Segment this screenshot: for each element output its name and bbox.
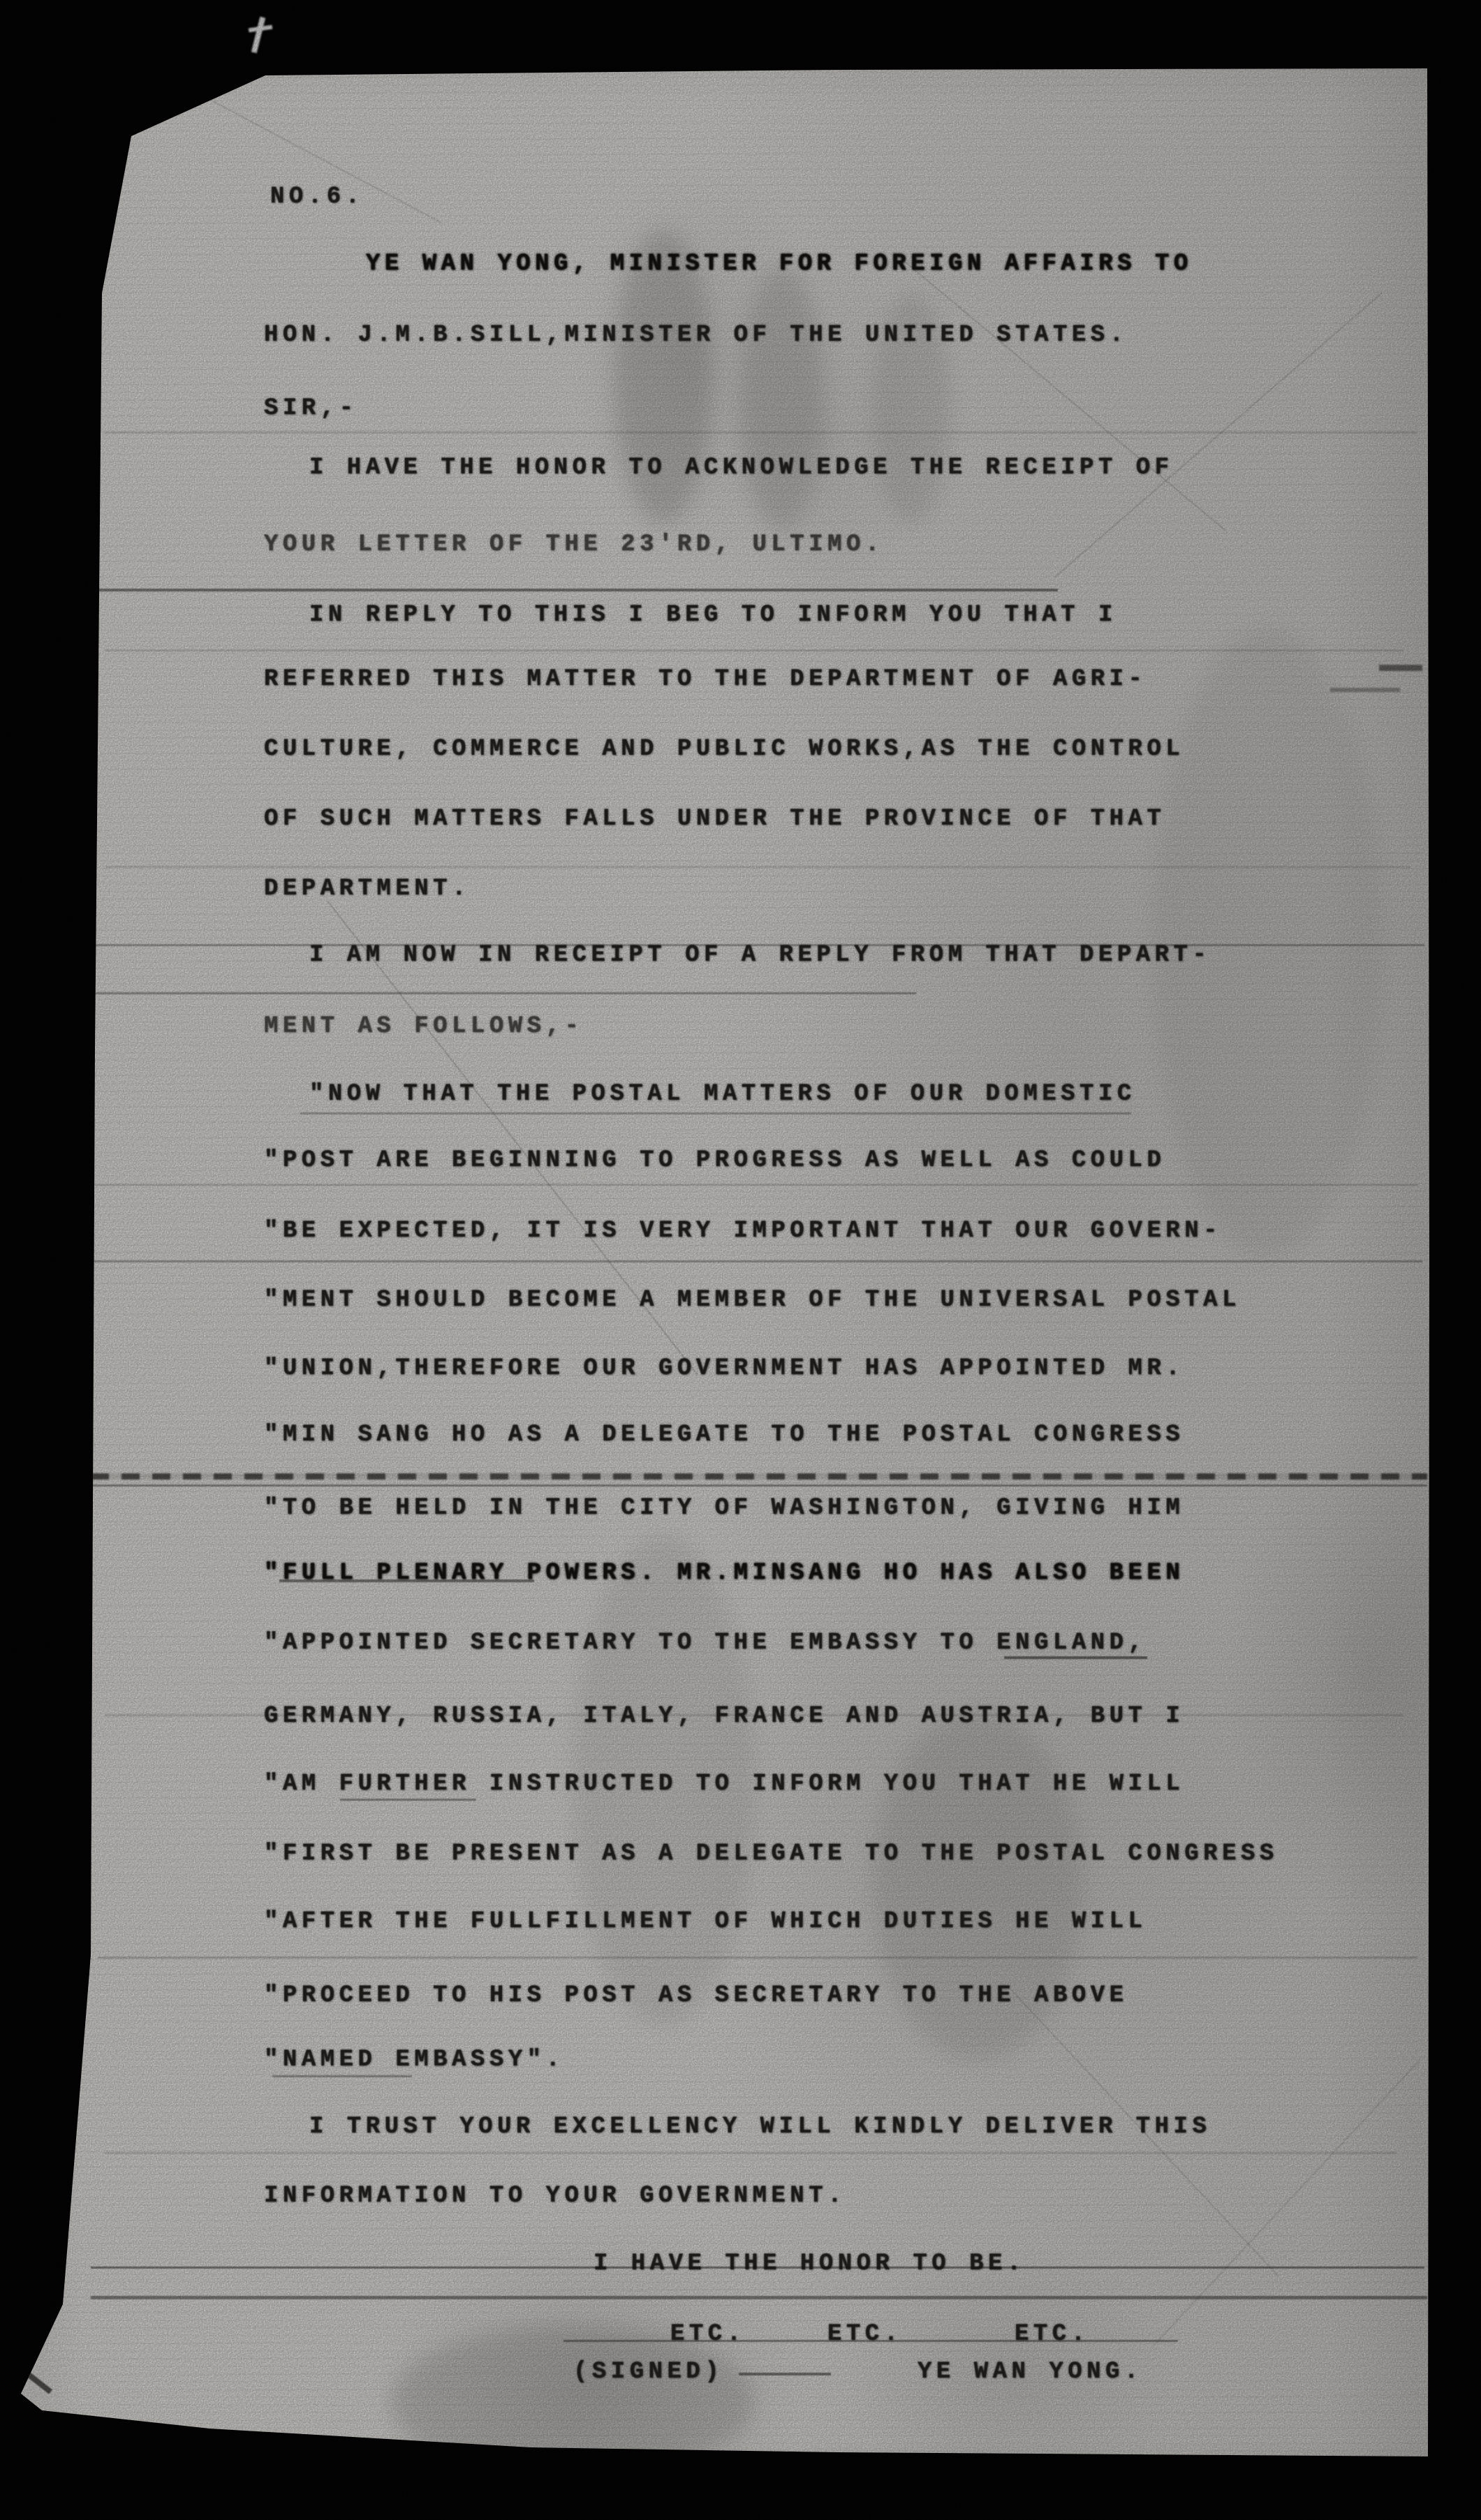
scanned-document-page: NO.6. YE WAN YONG, MINISTER FOR FOREIGN … (0, 0, 1481, 2520)
document-line: MENT AS FOLLOWS,- (264, 1012, 583, 1040)
document-line: "NOW THAT THE POSTAL MATTERS OF OUR DOME… (309, 1080, 1136, 1108)
document-line: "AM FURTHER INSTRUCTED TO INFORM YOU THA… (264, 1770, 1184, 1798)
document-line: "POST ARE BEGINNING TO PROGRESS AS WELL … (264, 1147, 1165, 1174)
document-text-layer: NO.6. YE WAN YONG, MINISTER FOR FOREIGN … (0, 0, 1481, 2520)
document-line: "MENT SHOULD BECOME A MEMBER OF THE UNIV… (264, 1286, 1241, 1314)
document-line: I HAVE THE HONOR TO ACKNOWLEDGE THE RECE… (309, 454, 1174, 482)
document-line: "UNION,THEREFORE OUR GOVERNMENT HAS APPO… (264, 1355, 1184, 1383)
document-line: "BE EXPECTED, IT IS VERY IMPORTANT THAT … (264, 1217, 1222, 1245)
etc-text: ETC. (670, 2320, 746, 2348)
document-line: SIR,- (264, 395, 358, 422)
document-line: IN REPLY TO THIS I BEG TO INFORM YOU THA… (309, 601, 1117, 629)
microfilm-background: NO.6. YE WAN YONG, MINISTER FOR FOREIGN … (0, 0, 1481, 2520)
etc-text: ETC. (1015, 2320, 1090, 2348)
etc-line: ETC. ETC. ETC. (0, 2320, 1481, 2348)
document-line: INFORMATION TO YOUR GOVERNMENT. (264, 2182, 846, 2210)
signature-name: YE WAN YONG. (918, 2358, 1143, 2386)
signature-line: (SIGNED) YE WAN YONG. (0, 2358, 1481, 2386)
document-line: "APPOINTED SECRETARY TO THE EMBASSY TO E… (264, 1629, 1147, 1657)
document-line: "NAMED EMBASSY". (264, 2046, 564, 2074)
document-line: I HAVE THE HONOR TO BE. (594, 2250, 1026, 2278)
document-line: I AM NOW IN RECEIPT OF A REPLY FROM THAT… (309, 941, 1211, 969)
signed-label: (SIGNED) (573, 2358, 723, 2386)
document-line: "TO BE HELD IN THE CITY OF WASHINGTON, G… (264, 1494, 1184, 1522)
document-line: YOUR LETTER OF THE 23'RD, ULTIMO. (264, 531, 884, 559)
document-line: HON. J.M.B.SILL,MINISTER OF THE UNITED S… (264, 321, 1128, 349)
document-number: NO.6. (270, 183, 364, 211)
document-line: "FIRST BE PRESENT AS A DELEGATE TO THE P… (264, 1840, 1279, 1868)
document-line: "MIN SANG HO AS A DELEGATE TO THE POSTAL… (264, 1421, 1184, 1449)
document-line: CULTURE, COMMERCE AND PUBLIC WORKS,AS TH… (264, 735, 1184, 763)
document-line: "AFTER THE FULLFILLMENT OF WHICH DUTIES … (264, 1908, 1147, 1936)
document-line: I TRUST YOUR EXCELLENCY WILL KINDLY DELI… (309, 2113, 1211, 2141)
document-line: "FULL PLENARY POWERS. MR.MINSANG HO HAS … (264, 1559, 1184, 1587)
document-line: DEPARTMENT. (264, 875, 471, 903)
film-scratch-mark (251, 17, 265, 53)
etc-text: ETC. (827, 2320, 903, 2348)
document-line: YE WAN YONG, MINISTER FOR FOREIGN AFFAIR… (366, 250, 1193, 278)
document-line: REFERRED THIS MATTER TO THE DEPARTMENT O… (264, 665, 1147, 693)
document-line: GERMANY, RUSSIA, ITALY, FRANCE AND AUSTR… (264, 1702, 1184, 1730)
document-line: "PROCEED TO HIS POST AS SECRETARY TO THE… (264, 1982, 1128, 2010)
document-line: OF SUCH MATTERS FALLS UNDER THE PROVINCE… (264, 805, 1165, 833)
